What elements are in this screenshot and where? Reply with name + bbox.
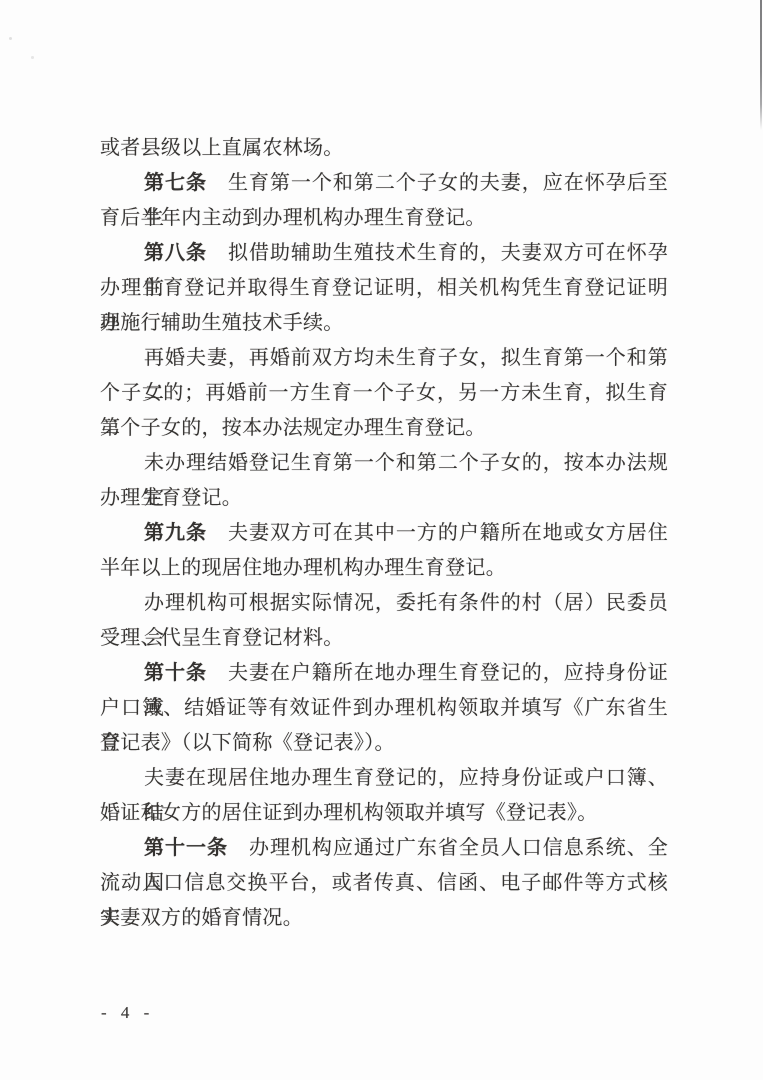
text-line: 理施行辅助生殖技术手续。 xyxy=(100,306,668,341)
line-text: 婚证和女方的居住证到办理机构领取并填写《登记表》。 xyxy=(100,802,598,824)
article-number-label: 第八条 xyxy=(144,242,207,264)
scan-speck xyxy=(31,56,34,59)
scan-edge-artifact xyxy=(760,0,762,130)
article-line: 第十条 夫妻在户籍所在地办理生育登记的，应持身份证或 xyxy=(100,656,668,691)
line-text: 半年以上的现居住地办理机构办理生育登记。 xyxy=(100,557,506,579)
line-text: 二个子女的，按本办法规定办理生育登记。 xyxy=(100,417,486,439)
scan-speck xyxy=(9,37,12,40)
article-line: 第十一条 办理机构应通过广东省全员人口信息系统、全国 xyxy=(100,831,668,866)
text-line: 再婚夫妻，再婚前双方均未生育子女，拟生育第一个和第二 xyxy=(100,341,668,376)
text-line: 个子女的；再婚前一方生育一个子女，另一方未生育，拟生育第 xyxy=(100,376,668,411)
text-line: 办理生育登记并取得生育登记证明，相关机构凭生育登记证明办 xyxy=(100,271,668,306)
line-text: 育后半年内主动到办理机构办理生育登记。 xyxy=(100,207,486,229)
article-number-label: 第十条 xyxy=(144,662,207,684)
line-text: 登记表》（以下简称《登记表》）。 xyxy=(100,732,395,754)
text-line: 夫妻双方的婚育情况。 xyxy=(100,901,668,936)
article-number-label: 第七条 xyxy=(144,172,207,194)
text-line: 育后半年内主动到办理机构办理生育登记。 xyxy=(100,201,668,236)
text-line: 办理机构可根据实际情况，委托有条件的村（居）民委员会 xyxy=(100,586,668,621)
scanned-document-page: 或者县级以上直属农林场。第七条 生育第一个和第二个子女的夫妻，应在怀孕后至生育后… xyxy=(0,0,763,1080)
text-line: 未办理结婚登记生育第一个和第二个子女的，按本办法规定 xyxy=(100,446,668,481)
text-line: 登记表》（以下简称《登记表》）。 xyxy=(100,726,668,761)
text-line: 半年以上的现居住地办理机构办理生育登记。 xyxy=(100,551,668,586)
text-line: 户口簿、结婚证等有效证件到办理机构领取并填写《广东省生育 xyxy=(100,691,668,726)
text-line: 或者县级以上直属农林场。 xyxy=(100,131,668,166)
document-body: 或者县级以上直属农林场。第七条 生育第一个和第二个子女的夫妻，应在怀孕后至生育后… xyxy=(100,131,668,936)
line-text: 办理生育登记。 xyxy=(100,487,242,509)
article-line: 第七条 生育第一个和第二个子女的夫妻，应在怀孕后至生 xyxy=(100,166,668,201)
line-text: 夫妻双方可在其中一方的户籍所在地或女方居住 xyxy=(228,522,668,544)
article-line: 第八条 拟借助辅助生殖技术生育的，夫妻双方可在怀孕前 xyxy=(100,236,668,271)
text-line: 婚证和女方的居住证到办理机构领取并填写《登记表》。 xyxy=(100,796,668,831)
text-line: 办理生育登记。 xyxy=(100,481,668,516)
text-line: 流动人口信息交换平台，或者传真、信函、电子邮件等方式核实 xyxy=(100,866,668,901)
line-text: 理施行辅助生殖技术手续。 xyxy=(100,312,344,334)
line-text: 夫妻双方的婚育情况。 xyxy=(100,907,303,929)
text-line: 夫妻在现居住地办理生育登记的，应持身份证或户口簿、结 xyxy=(100,761,668,796)
text-line: 二个子女的，按本办法规定办理生育登记。 xyxy=(100,411,668,446)
article-line: 第九条 夫妻双方可在其中一方的户籍所在地或女方居住 xyxy=(100,516,668,551)
line-text: 受理、代呈生育登记材料。 xyxy=(100,627,344,649)
text-line: 受理、代呈生育登记材料。 xyxy=(100,621,668,656)
line-text: 或者县级以上直属农林场。 xyxy=(100,137,344,159)
article-number-label: 第十一条 xyxy=(144,837,228,859)
page-number: - 4 - xyxy=(101,1003,154,1023)
article-number-label: 第九条 xyxy=(144,522,207,544)
